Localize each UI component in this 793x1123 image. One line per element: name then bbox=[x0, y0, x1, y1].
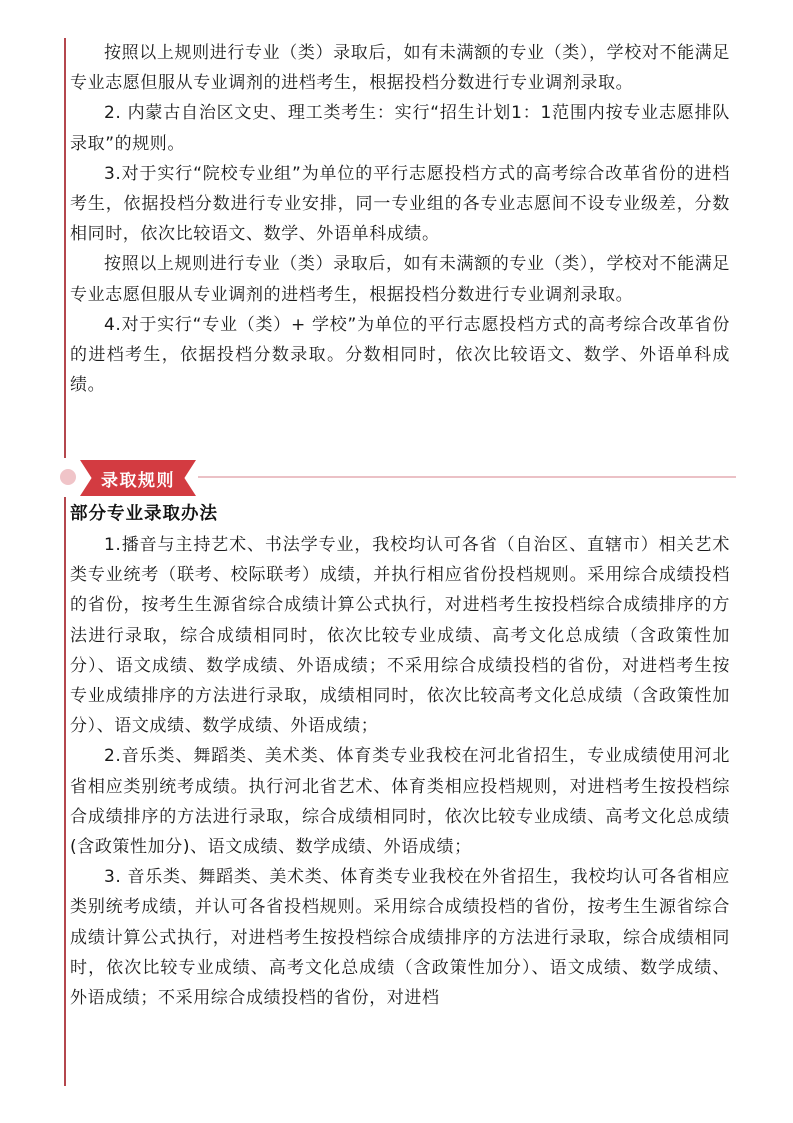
paragraph-broadcasting-calligraphy: 1.播音与主持艺术、书法学专业，我校均认可各省（自治区、直辖市）相关艺术类专业统… bbox=[70, 530, 730, 741]
left-accent-rule-bottom bbox=[64, 497, 66, 1086]
special-majors-rules: 1.播音与主持艺术、书法学专业，我校均认可各省（自治区、直辖市）相关艺术类专业统… bbox=[70, 530, 730, 1013]
paragraph-hebei-arts-sports: 2.音乐类、舞蹈类、美术类、体育类专业我校在河北省招生，专业成绩使用河北省相应类… bbox=[70, 741, 730, 862]
left-accent-rule-top bbox=[64, 38, 66, 458]
paragraph-other-province-arts-sports: 3. 音乐类、舞蹈类、美术类、体育类专业我校在外省招生，我校均认可各省相应类别统… bbox=[70, 862, 730, 1013]
section-title: 录取规则 bbox=[101, 466, 175, 491]
paragraph-major-group-rule: 3.对于实行“院校专业组”为单位的平行志愿投档方式的高考综合改革省份的进档考生，… bbox=[70, 159, 730, 250]
section-title-ribbon: 录取规则 bbox=[80, 460, 196, 496]
subsection-title: 部分专业录取办法 bbox=[70, 500, 218, 528]
paragraph-adjustment-rule-1: 按照以上规则进行专业（类）录取后，如有未满额的专业（类），学校对不能满足专业志愿… bbox=[70, 38, 730, 98]
paragraph-major-plus-school-rule: 4.对于实行“专业（类）+ 学校”为单位的平行志愿投档方式的高考综合改革省份的进… bbox=[70, 310, 730, 401]
admission-rules-continued: 按照以上规则进行专业（类）录取后，如有未满额的专业（类），学校对不能满足专业志愿… bbox=[70, 38, 730, 400]
banner-dot-icon bbox=[60, 469, 76, 485]
paragraph-inner-mongolia-rule: 2. 内蒙古自治区文史、理工类考生：实行“招生计划1：1范围内按专业志愿排队录取… bbox=[70, 98, 730, 158]
section-banner: 录取规则 bbox=[56, 458, 746, 498]
paragraph-adjustment-rule-2: 按照以上规则进行专业（类）录取后，如有未满额的专业（类），学校对不能满足专业志愿… bbox=[70, 249, 730, 309]
banner-divider-line bbox=[198, 476, 736, 478]
